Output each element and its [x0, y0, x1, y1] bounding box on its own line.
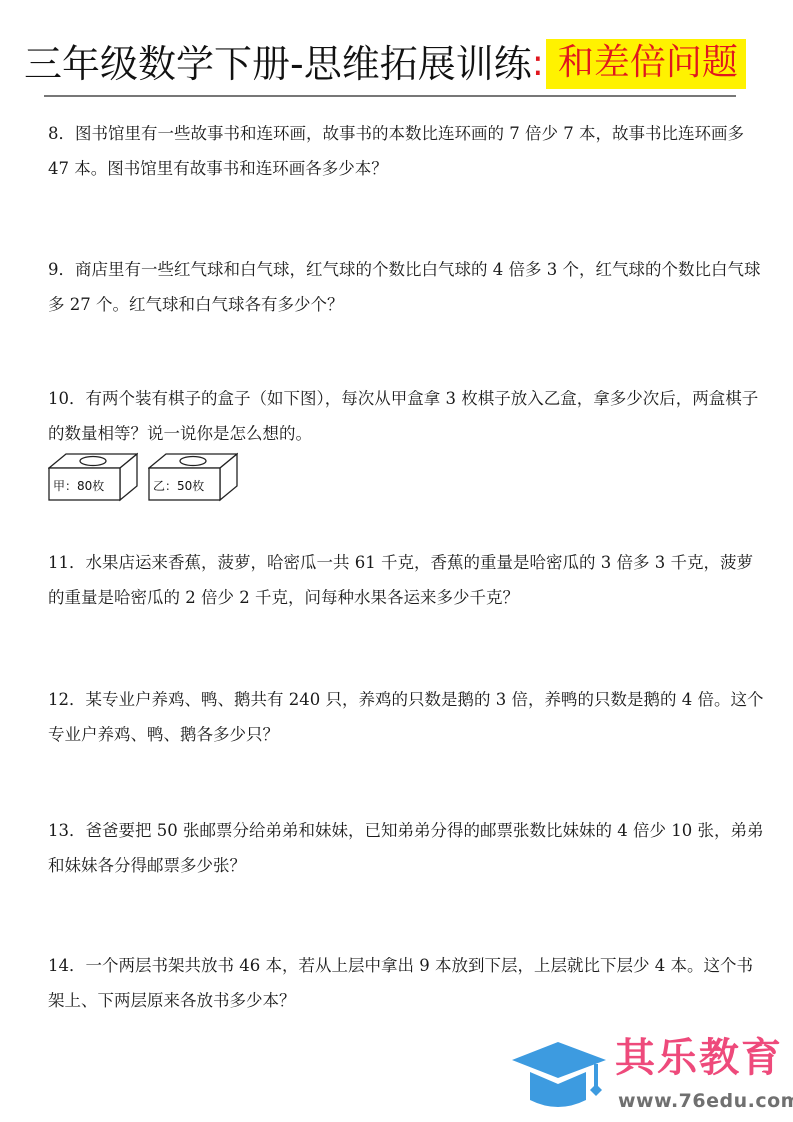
box-jia-label: 甲：80枚 — [53, 478, 104, 493]
title-divider — [44, 95, 736, 97]
question-8: 8．图书馆里有一些故事书和连环画，故事书的本数比连环画的 7 倍少 7 本，故事… — [48, 116, 768, 186]
watermark-logo: 其乐教育 www.76edu.com — [510, 1030, 793, 1120]
box-yi-figure: 乙：50枚 — [148, 452, 238, 502]
page-title: 三年级数学下册-思维拓展训练 : 和差倍问题 — [24, 36, 746, 92]
question-13: 13．爸爸要把 50 张邮票分给弟弟和妹妹，已知弟弟分得的邮票张数比妹妹的 4 … — [48, 813, 768, 883]
title-colon: : — [532, 46, 544, 82]
watermark-url: www.76edu.com — [618, 1092, 793, 1111]
chess-box-figure: 甲：80枚 乙：50枚 — [48, 452, 238, 502]
watermark-name: 其乐教育 — [615, 1038, 783, 1078]
title-text: 三年级数学下册-思维拓展训练 — [24, 45, 532, 83]
question-12: 12．某专业户养鸡、鸭、鹅共有 240 只，养鸡的只数是鹅的 3 倍，养鸭的只数… — [48, 682, 768, 752]
question-9: 9．商店里有一些红气球和白气球，红气球的个数比白气球的 4 倍多 3 个，红气球… — [48, 252, 768, 322]
question-10: 10．有两个装有棋子的盒子（如下图），每次从甲盒拿 3 枚棋子放入乙盒，拿多少次… — [48, 381, 768, 451]
question-11: 11．水果店运来香蕉，菠萝，哈密瓜一共 61 千克，香蕉的重量是哈密瓜的 3 倍… — [48, 545, 768, 615]
box-jia-figure: 甲：80枚 — [48, 452, 138, 502]
box-yi-label: 乙：50枚 — [153, 478, 204, 493]
question-14: 14．一个两层书架共放书 46 本，若从上层中拿出 9 本放到下层，上层就比下层… — [48, 948, 768, 1018]
graduation-cap-icon — [510, 1038, 610, 1118]
title-highlight: 和差倍问题 — [546, 39, 746, 89]
